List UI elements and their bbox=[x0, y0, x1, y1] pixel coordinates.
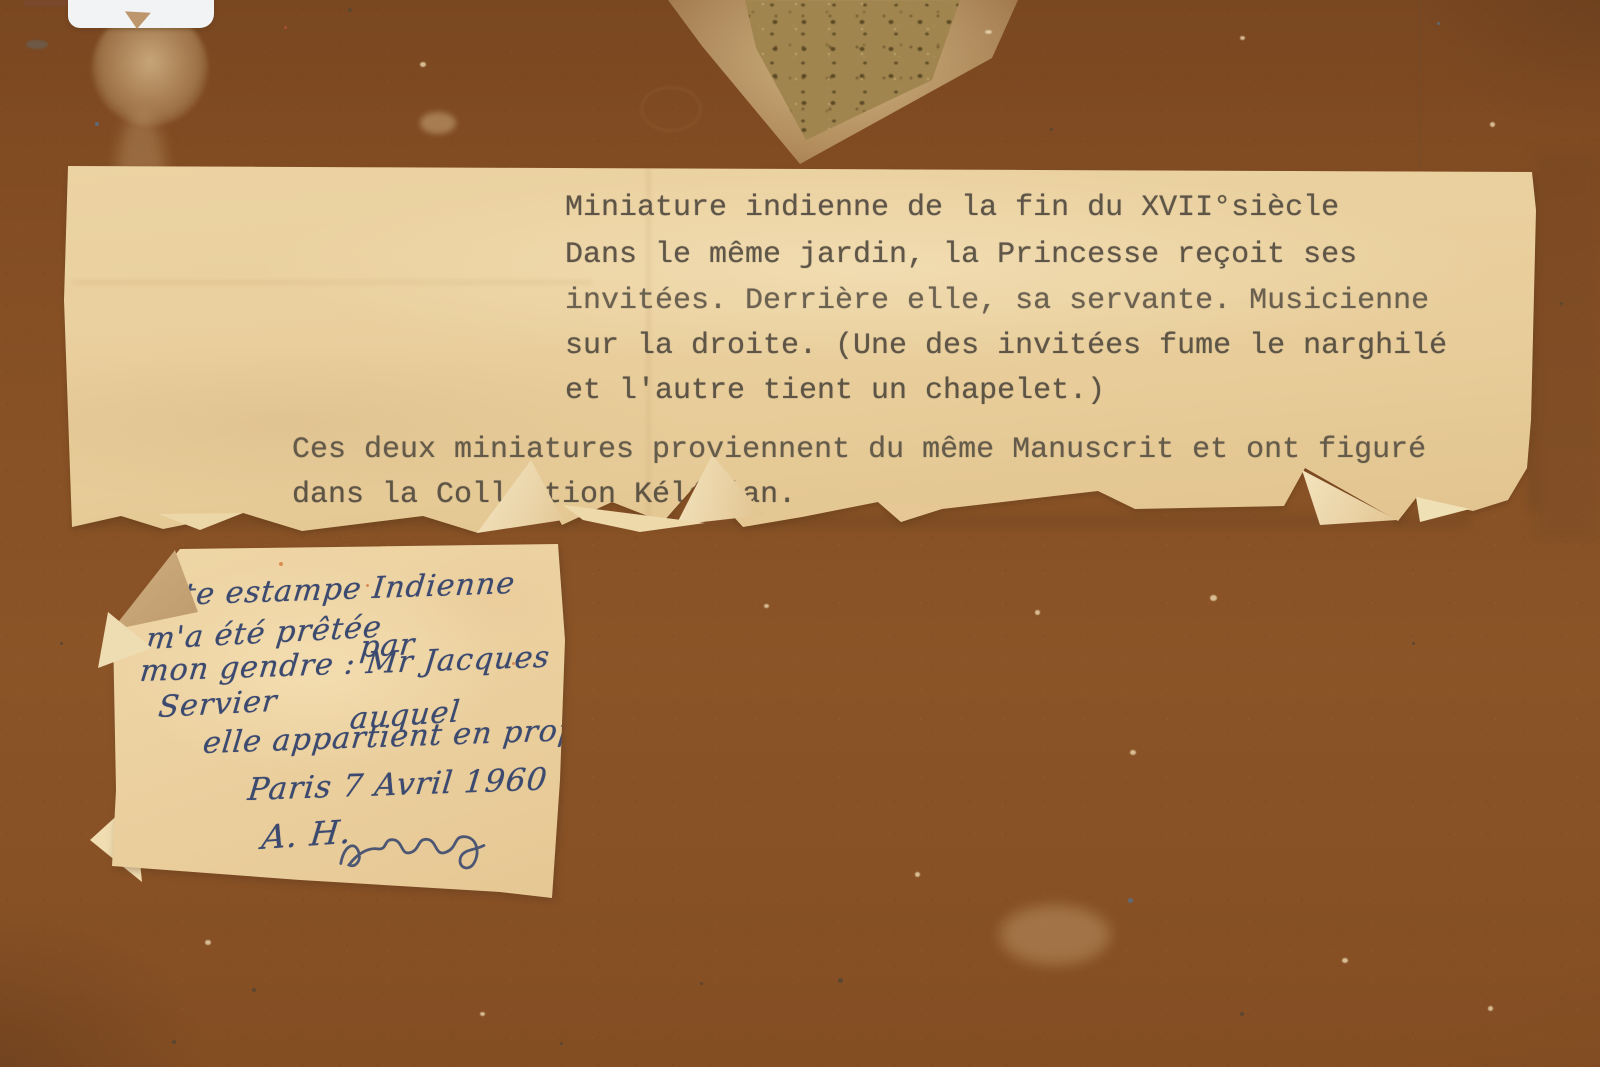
paper-fleck bbox=[764, 604, 769, 608]
shadow-band bbox=[1534, 150, 1600, 540]
speck bbox=[1412, 642, 1415, 645]
speck bbox=[60, 642, 63, 645]
paper-fleck bbox=[480, 1012, 485, 1016]
paper-fleck bbox=[1240, 36, 1245, 40]
speck bbox=[560, 1042, 563, 1045]
artwork-verso-photo: Miniature indienne de la fin du XVII°siè… bbox=[0, 0, 1600, 1067]
paper-fleck bbox=[1130, 750, 1136, 755]
typed-line: et l'autre tient un chapelet.) bbox=[565, 374, 1105, 408]
speck bbox=[284, 26, 287, 29]
speck bbox=[1560, 302, 1563, 305]
paper-fleck bbox=[1035, 610, 1040, 615]
paper-speck bbox=[279, 562, 283, 566]
paper-fleck bbox=[1342, 958, 1348, 963]
stain-light bbox=[420, 112, 456, 134]
speck bbox=[1050, 128, 1053, 131]
speck bbox=[1128, 898, 1133, 903]
typed-line: Miniature indienne de la fin du XVII°siè… bbox=[565, 191, 1339, 225]
speck bbox=[252, 988, 256, 992]
paper-fleck bbox=[420, 62, 426, 67]
speck bbox=[1437, 22, 1440, 25]
speck bbox=[172, 1040, 176, 1044]
typed-line: Dans le même jardin, la Princesse reçoit… bbox=[565, 238, 1357, 272]
stain-light bbox=[1000, 905, 1110, 965]
speck bbox=[838, 978, 843, 983]
typed-line: sur la droite. (Une des invitées fume le… bbox=[565, 329, 1447, 363]
paper-fleck bbox=[915, 872, 920, 877]
speck bbox=[95, 122, 99, 126]
paper-fleck bbox=[985, 30, 992, 34]
paper-fleck bbox=[205, 940, 211, 945]
note-date: Paris 7 Avril 1960 bbox=[246, 762, 549, 808]
signature-flourish bbox=[332, 808, 506, 890]
note-line: tte estampe Indienne bbox=[168, 566, 517, 613]
wrinkle bbox=[72, 281, 592, 284]
smudge bbox=[26, 40, 48, 49]
paper-fleck bbox=[1490, 122, 1495, 127]
crease-line bbox=[1419, 0, 1421, 168]
typed-line: Ces deux miniatures proviennent du même … bbox=[292, 433, 1426, 467]
speck bbox=[1240, 1012, 1244, 1016]
sticker-torn-notch bbox=[123, 11, 151, 46]
speck bbox=[348, 8, 352, 12]
paper-fleck bbox=[1488, 1006, 1493, 1011]
typed-line: invitées. Derrière elle, sa servante. Mu… bbox=[565, 284, 1429, 318]
paper-fleck bbox=[1210, 595, 1217, 601]
edge-mark bbox=[24, 0, 70, 6]
note-line: Servier bbox=[157, 684, 279, 725]
stain-ring bbox=[640, 86, 702, 132]
speck bbox=[700, 982, 703, 985]
